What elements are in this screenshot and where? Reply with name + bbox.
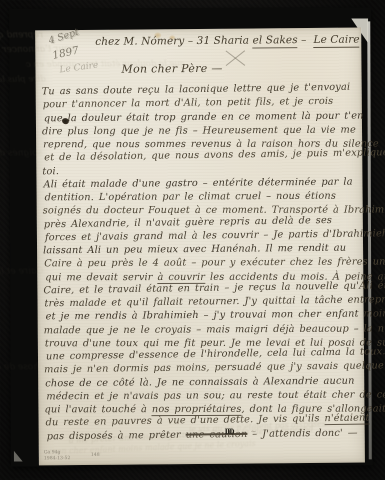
handwriting-line: Caire à peu près le 4 août – pour y exéc… bbox=[44, 256, 360, 271]
mount-corner-highlight bbox=[14, 451, 23, 462]
stamp-tail-mark: ~ bbox=[251, 427, 257, 435]
handwriting-line: malade que je ne le croyais – mais maigr… bbox=[44, 322, 361, 337]
archival-mark: 148 bbox=[91, 453, 100, 458]
ghost-writing-line: dire plus long que je ne fis heureusemen… bbox=[0, 74, 46, 87]
scanned-letter-photograph: reprend que nous sommes revenus à la rai… bbox=[0, 0, 385, 480]
black-mount-card: reprend que nous sommes revenus à la rai… bbox=[9, 7, 373, 466]
archival-mark: 1984-13-52 bbox=[44, 456, 71, 462]
bleedthrough-ghost-writing: reprend que nous sommes revenus à la rai… bbox=[35, 28, 361, 31]
ghost-writing-line: Caire et le travail étant en train je re… bbox=[0, 266, 43, 280]
address-text: chez M. Nómery – 31 Sharia el Sakes – bbox=[95, 34, 306, 48]
salutation: Mon cher Père — bbox=[121, 62, 222, 76]
pencil-place-annotation: Le Caire bbox=[59, 61, 99, 76]
collection-stamp: III) bbox=[225, 427, 234, 436]
handwriting-line: et je me rendis à Ibrahimieh – j'y trouv… bbox=[46, 308, 361, 324]
pencil-date-annotation: 4 Sept bbox=[47, 27, 80, 47]
ghost-writing-line: chose de ce côté là je ne connaissais à … bbox=[0, 362, 44, 373]
header-address: chez M. Nómery – 31 Sharia el Sakes –Le … bbox=[95, 34, 357, 48]
archival-mark: Ga 94g bbox=[44, 450, 61, 456]
handwriting-line: médecin et je n'avais pas un sou; au res… bbox=[46, 388, 361, 403]
pencil-year-annotation: 1897 bbox=[51, 44, 80, 62]
handwriting-line: chose de ce côté là. Je ne connaissais à… bbox=[45, 374, 361, 390]
letter-body: Tu as sans doute reçu la laconique lettr… bbox=[42, 83, 362, 444]
handwriting-line: dire plus long que je ne fis – Heureusem… bbox=[42, 123, 359, 138]
letter-paper: reprend que nous sommes revenus à la rai… bbox=[35, 28, 365, 466]
handwriting-line: dentition. L'opération par le climat cru… bbox=[45, 190, 360, 205]
ghost-writing-line: reprend que nous sommes revenus à la rai… bbox=[0, 30, 43, 41]
place-name: Le Caire bbox=[313, 34, 359, 48]
handwriting-line: que la douleur était trop grande en ce m… bbox=[44, 109, 359, 125]
ghost-writing-line: soignés du docteur Fouquet à ce moment t… bbox=[0, 148, 42, 160]
